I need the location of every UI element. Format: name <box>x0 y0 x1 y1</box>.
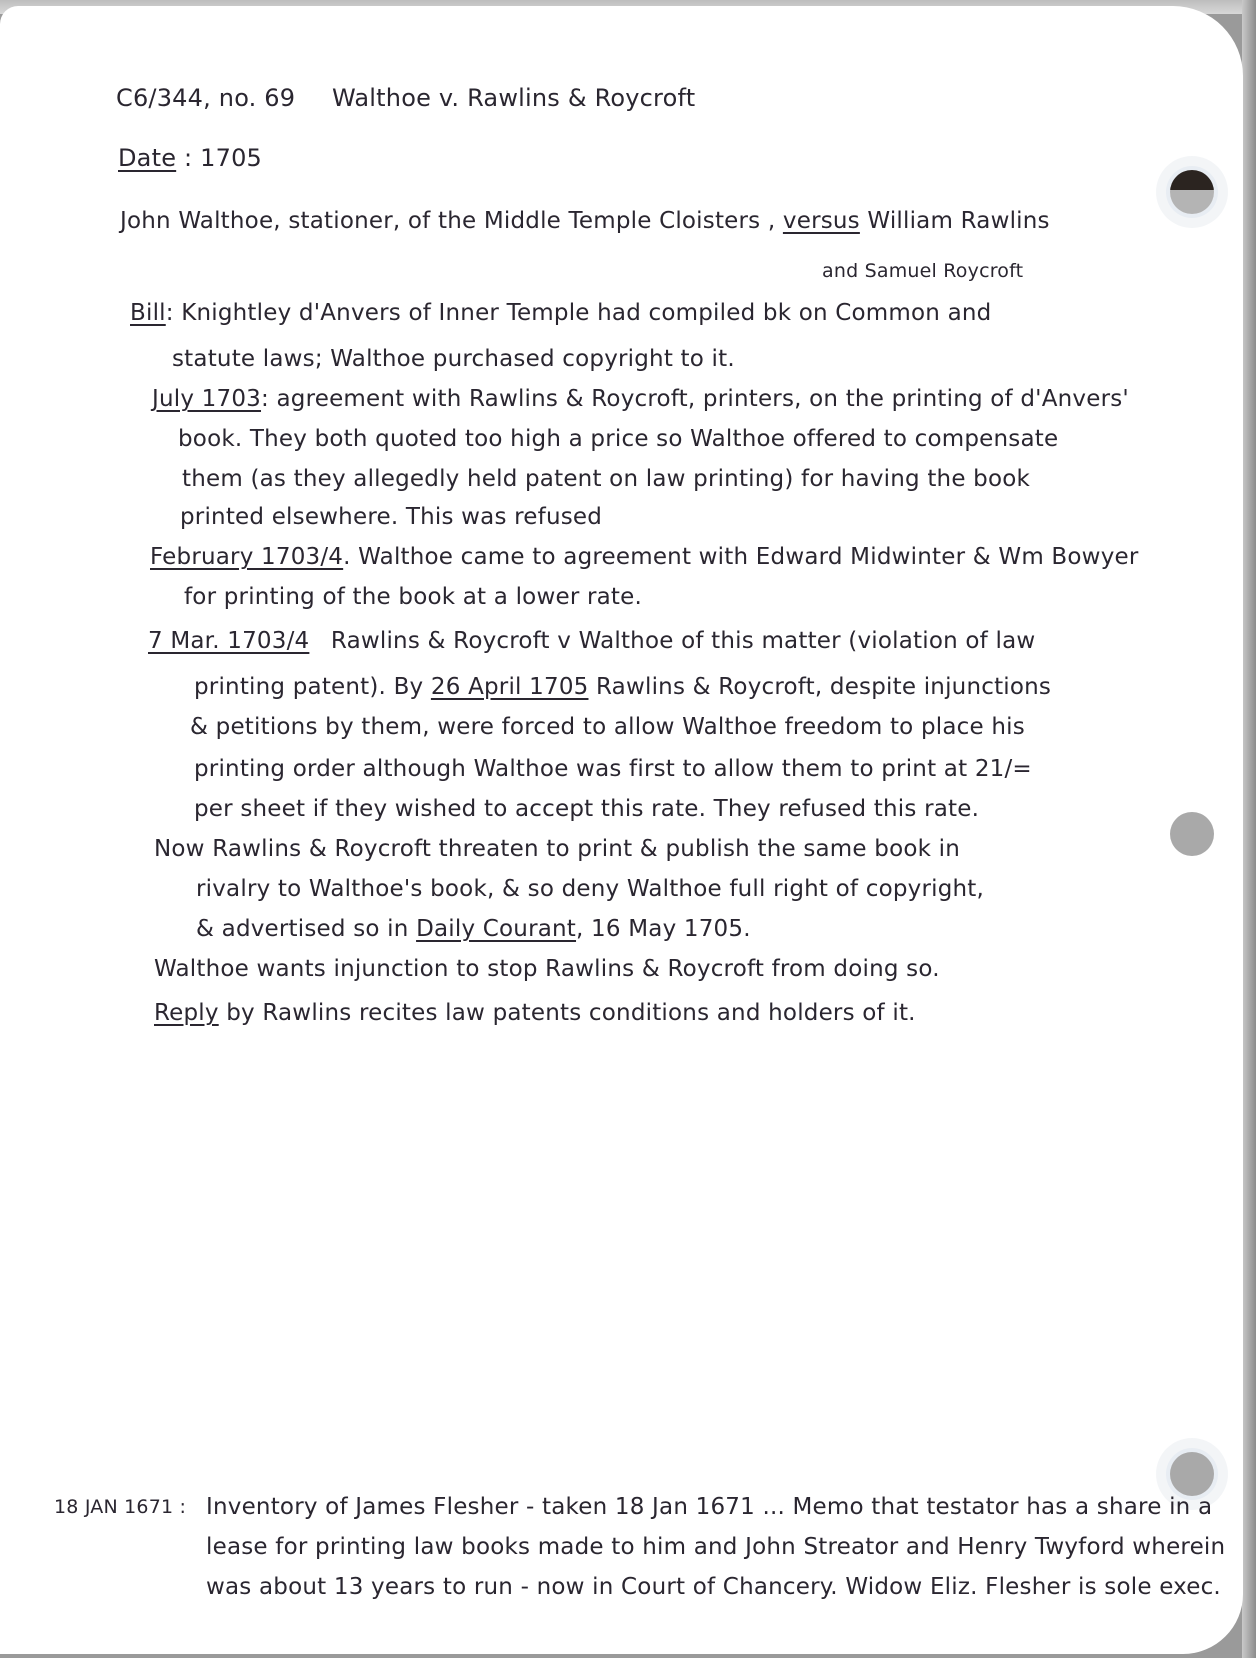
footnote-line-3: was about 13 years to run - now in Court… <box>206 1574 1221 1600</box>
injunction-line: Walthoe wants injunction to stop Rawlins… <box>154 956 940 982</box>
entry-line: printed elsewhere. This was refused <box>180 504 602 530</box>
bill-label: Bill <box>130 300 166 326</box>
parties-line-1: John Walthoe, stationer, of the Middle T… <box>120 208 1050 234</box>
entry-date-label: 7 Mar. 1703/4 <box>148 628 309 654</box>
defendant-1: William Rawlins <box>867 208 1049 234</box>
case-title: Walthoe v. Rawlins & Roycroft <box>332 84 695 112</box>
entry-february-1703-4: February 1703/4. Walthoe came to agreeme… <box>150 544 1139 570</box>
footnote-line-1: Inventory of James Flesher - taken 18 Ja… <box>206 1494 1212 1520</box>
punch-hole-middle <box>1170 812 1214 856</box>
entry-july-1703: July 1703: agreement with Rawlins & Royc… <box>152 386 1129 412</box>
scanner-background-right <box>1242 0 1256 1658</box>
archive-reference: C6/344, no. 69 <box>116 84 295 112</box>
reply-label: Reply <box>154 1000 219 1026</box>
entry-line: for printing of the book at a lower rate… <box>184 584 642 610</box>
punch-hole-top <box>1170 170 1214 214</box>
footnote-date: 18 JAN 1671 : <box>54 1496 186 1518</box>
entry-date-label: July 1703 <box>152 386 261 412</box>
reply-line: Reply by Rawlins recites law patents con… <box>154 1000 916 1026</box>
bill-line-1: Bill: Knightley d'Anvers of Inner Temple… <box>130 300 991 326</box>
entry-line: per sheet if they wished to accept this … <box>194 796 979 822</box>
newspaper-title: Daily Courant <box>416 916 576 942</box>
entry-line: book. They both quoted too high a price … <box>178 426 1058 452</box>
footnote-line-2: lease for printing law books made to him… <box>206 1534 1225 1560</box>
date-value: : 1705 <box>184 144 262 172</box>
date-label: Date <box>118 144 176 172</box>
now-line-2: rivalry to Walthoe's book, & so deny Wal… <box>196 876 984 902</box>
entry-7-mar-1703-4: 7 Mar. 1703/4 Rawlins & Roycroft v Walth… <box>148 628 1035 654</box>
now-line-1: Now Rawlins & Roycroft threaten to print… <box>154 836 960 862</box>
date-row: Date : 1705 <box>118 144 262 172</box>
entry-line: printing order although Walthoe was firs… <box>194 756 1032 782</box>
entry-line: them (as they allegedly held patent on l… <box>182 466 1030 492</box>
entry-date-label: February 1703/4 <box>150 544 343 570</box>
punch-hole-bottom <box>1170 1452 1214 1496</box>
bill-line-2: statute laws; Walthoe purchased copyrigh… <box>172 346 735 372</box>
entry-line: printing patent). By 26 April 1705 Rawli… <box>194 674 1051 700</box>
notebook-page: C6/344, no. 69 Walthoe v. Rawlins & Royc… <box>0 6 1243 1654</box>
entry-line: & petitions by them, were forced to allo… <box>190 714 1025 740</box>
now-line-3: & advertised so in Daily Courant, 16 May… <box>196 916 751 942</box>
versus-label: versus <box>783 208 860 234</box>
defendant-2: and Samuel Roycroft <box>822 260 1023 282</box>
plaintiff: John Walthoe, stationer, of the Middle T… <box>120 208 775 234</box>
inline-date: 26 April 1705 <box>431 674 589 700</box>
